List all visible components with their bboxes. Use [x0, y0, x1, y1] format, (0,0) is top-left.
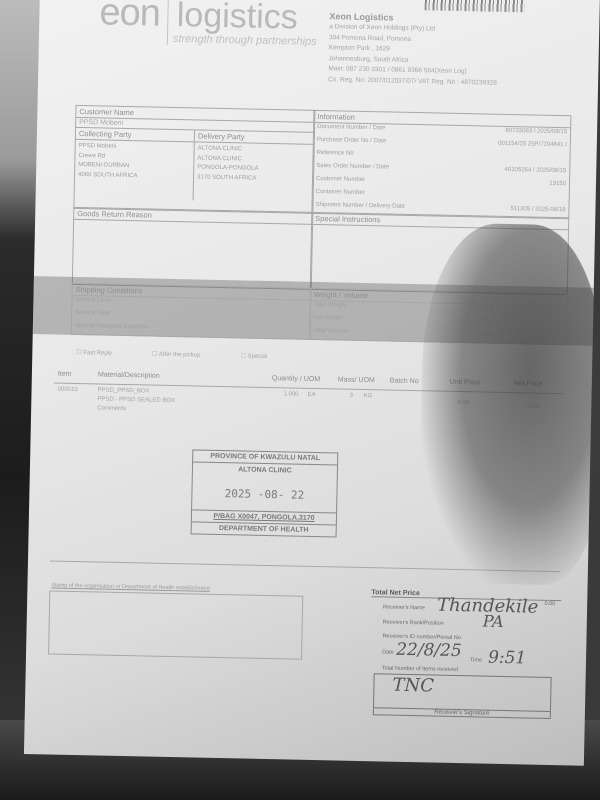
date-label: Date [382, 649, 394, 655]
info-value: 80733093 / 2025/08/15 [505, 128, 567, 140]
collecting-party-line: 4060 SOUTH AFRICA [78, 170, 190, 182]
goods-return-label: Goods Return Reason [74, 208, 312, 225]
info-label: Sales Order Number / Date [316, 163, 389, 176]
information-section: Information Document Number / Date807330… [311, 110, 571, 219]
shipping-field-label: Service Type [75, 310, 110, 322]
receiver-block: Total Net Price 0.00 Receiver's Name Tha… [369, 589, 562, 723]
total-items-label: Total Number of Items received [382, 665, 458, 673]
item-comment: Comments [97, 405, 126, 412]
shipping-conditions-section: Shipping Conditions Service Level Servic… [71, 283, 312, 340]
col-material: Material/Description [98, 371, 160, 379]
info-value: 13150 [549, 181, 566, 192]
item-description: PPSD - PPSD SEALED BOX [97, 396, 175, 404]
shipping-field-label: Special Transport Condition [75, 323, 149, 336]
receiver-rank-label: Receiver's Rank/Position [383, 619, 444, 626]
clinic-stamp: PROVINCE OF KWAZULU NATAL ALTONA CLINIC … [191, 449, 339, 537]
col-mass: Mass/ UOM [338, 376, 375, 384]
signature-handwritten: TNC [392, 675, 434, 697]
item-material: PPSD_PPSD_BOX [98, 387, 150, 394]
info-label: Document Number / Date [317, 124, 385, 136]
item-mass-uom: KG [363, 393, 372, 399]
stamp-area-box [48, 590, 303, 659]
time-label: Time [470, 657, 482, 663]
checkbox-label: Special [247, 353, 267, 359]
logo-word-eon: eon [99, 0, 160, 35]
logo-word-logistics: logistics [176, 0, 298, 37]
company-logo: eonlogistics strength through partnershi… [99, 0, 298, 48]
col-batch: Batch No [390, 378, 419, 386]
col-item: Item [58, 371, 72, 378]
checkbox-label: After the pickup [159, 351, 201, 358]
logo-divider [167, 0, 169, 45]
collecting-party: Collecting Party PPSD Mobeni Crewe Rd MO… [75, 128, 195, 200]
info-label: Container Number [316, 189, 365, 201]
stamp-date: 2025 -08- 22 [192, 472, 337, 512]
shipping-field-label: Service Level [75, 297, 111, 309]
item-mass: 3 [349, 393, 352, 399]
signature-label: Receiver's Signature [374, 707, 550, 718]
checkbox-special[interactable]: ☐ Special [240, 352, 267, 360]
delivery-party: Delivery Party ALTONA CLINIC ALTONA CLIN… [194, 130, 314, 202]
signature-box: TNC Receiver's Signature [373, 673, 552, 719]
date-handwritten: 22/8/25 [396, 640, 462, 661]
customer-section: Customer Name PPSD Mobeni Collecting Par… [73, 105, 315, 214]
company-line: Co. Reg. No: 2007/012037/07/ VAT Reg. No… [328, 75, 497, 89]
checkbox-after-pickup[interactable]: ☐ After the pickup [152, 350, 201, 358]
barcode [425, 0, 525, 12]
delivery-note-document: eonlogistics strength through partnershi… [24, 0, 600, 766]
checkbox-fast-reply[interactable]: ☐ Fast Reply [76, 348, 112, 356]
logo-tagline: strength through partnerships [173, 33, 317, 48]
info-label: Purchase Order No / Date [317, 137, 387, 149]
item-quantity: 1.000 [283, 391, 298, 397]
receiver-rank-handwritten: PA [483, 612, 504, 631]
receiver-name-label: Receiver's Name [383, 604, 425, 611]
time-handwritten: 9:51 [488, 648, 527, 669]
weight-label: Total Volume [313, 328, 348, 340]
delivery-party-line: 3170 SOUTH AFRICA [197, 173, 310, 185]
col-quantity: Quantity / UOM [272, 375, 320, 383]
item-uom: EA [307, 392, 315, 398]
total-net-price-value: 0.00 [544, 601, 555, 607]
company-address-block: Xeon Logistics a Division of Xeon Holdin… [328, 10, 498, 89]
stamp-department: DEPARTMENT OF HEALTH [192, 521, 336, 536]
info-label: Reference No [316, 150, 353, 162]
item-number: 000010 [58, 387, 78, 393]
info-label: Customer Number [316, 176, 365, 188]
info-value: 001154/25 25P/7204841 / [498, 141, 567, 153]
checkbox-label: Fast Reply [83, 350, 112, 357]
weight-label: Net Weight [313, 315, 343, 327]
hand-shadow [418, 222, 600, 586]
weight-label: Total Weight [313, 302, 346, 314]
info-value: 40105264 / 2025/08/15 [504, 167, 566, 179]
